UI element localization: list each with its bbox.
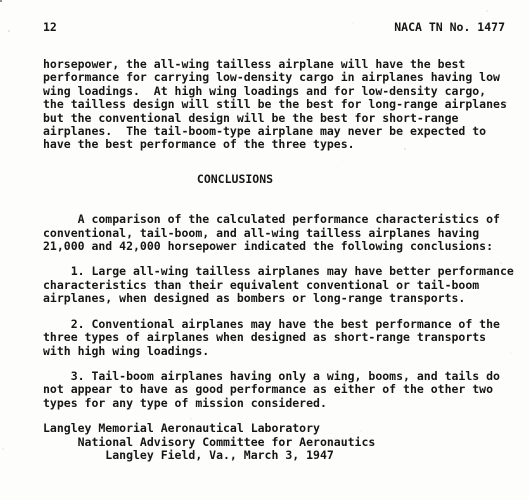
conclusion-item-3: 3. Tail-boom airplanes having only a win… <box>43 370 521 410</box>
signature-block: Langley Memorial Aeronautical Laboratory… <box>43 422 521 462</box>
conclusions-heading: CONCLUSIONS <box>43 173 427 186</box>
text-line: characteristics than their equivalent co… <box>43 279 521 292</box>
text-line: not appear to have as good performance a… <box>43 383 521 396</box>
text-line: Langley Field, Va., March 3, 1947 <box>43 449 521 462</box>
text-line: airplanes, when designed as bombers or l… <box>43 292 521 305</box>
text-line: 2. Conventional airplanes may have the b… <box>43 318 521 331</box>
text-line: with high wing loadings. <box>43 345 521 358</box>
text-line: 21,000 and 42,000 horsepower indicated t… <box>43 240 521 253</box>
text-line: performance for carrying low-density car… <box>43 71 521 84</box>
text-line: but the conventional design will be the … <box>43 112 521 125</box>
page-header: 12 NACA TN No. 1477 <box>43 21 505 34</box>
conclusion-item-2: 2. Conventional airplanes may have the b… <box>43 318 521 358</box>
text-line: types for any type of mission considered… <box>43 397 521 410</box>
text-line: A comparison of the calculated performan… <box>43 213 521 226</box>
document-page: 12 NACA TN No. 1477 horsepower, the all-… <box>0 0 529 500</box>
text-line: conventional, tail-boom, and all-wing ta… <box>43 227 521 240</box>
paragraph-continuation: horsepower, the all-wing tailless airpla… <box>43 58 521 152</box>
text-line: National Advisory Committee for Aeronaut… <box>43 436 521 449</box>
text-line: airplanes. The tail-boom-type airplane m… <box>43 125 521 138</box>
page-number: 12 <box>43 21 57 34</box>
text-line: 1. Large all-wing tailless airplanes may… <box>43 265 521 278</box>
scan-noise <box>0 0 2 2</box>
text-line: wing loadings. At high wing loadings and… <box>43 85 521 98</box>
conclusion-item-1: 1. Large all-wing tailless airplanes may… <box>43 265 521 305</box>
text-line: 3. Tail-boom airplanes having only a win… <box>43 370 521 383</box>
report-number: NACA TN No. 1477 <box>394 21 505 34</box>
text-line: three types of airplanes when designed a… <box>43 331 521 344</box>
text-line: horsepower, the all-wing tailless airpla… <box>43 58 521 71</box>
text-line: the tailless design will still be the be… <box>43 98 521 111</box>
text-line: Langley Memorial Aeronautical Laboratory <box>43 422 521 435</box>
text-line: have the best performance of the three t… <box>43 138 521 151</box>
document-body: horsepower, the all-wing tailless airpla… <box>43 58 521 462</box>
conclusions-intro-paragraph: A comparison of the calculated performan… <box>43 213 521 253</box>
